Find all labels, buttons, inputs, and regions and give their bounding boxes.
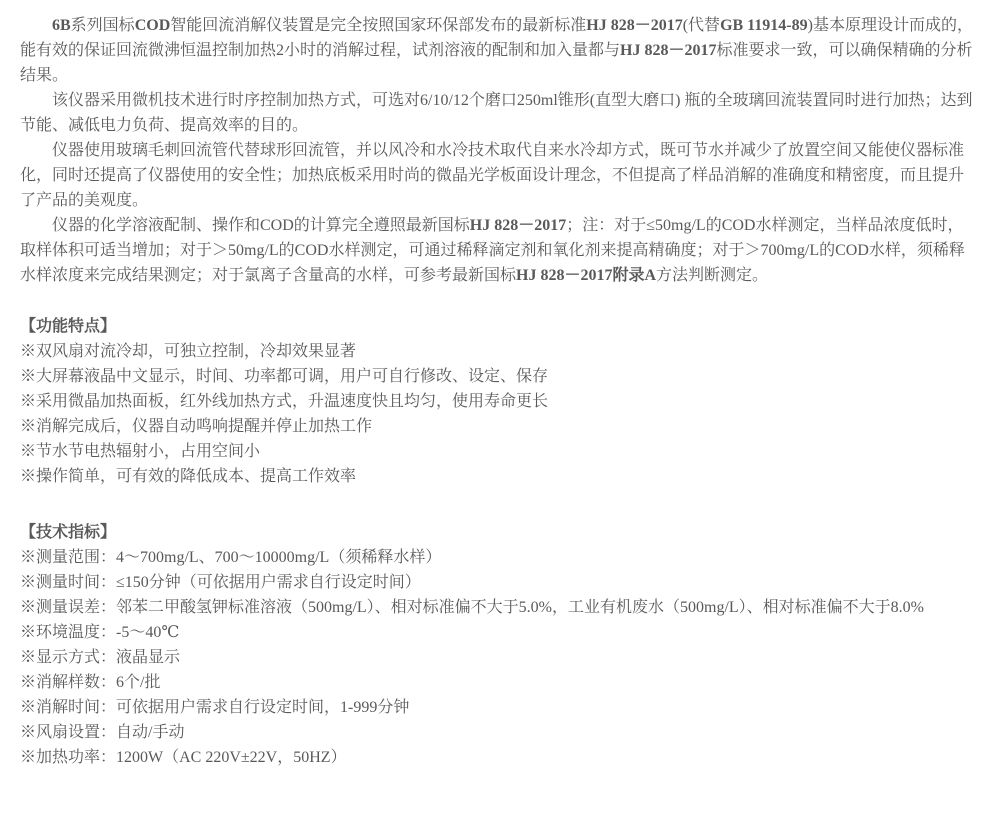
spec-item: ※测量范围：4～700mg/L、700～10000mg/L（须稀释水样） <box>20 545 976 570</box>
specs-list: ※测量范围：4～700mg/L、700～10000mg/L（须稀释水样）※测量时… <box>20 545 976 770</box>
bold-text-segment: HJ 828－2017 <box>586 17 682 34</box>
spec-item: ※加热功率：1200W（AC 220V±22V，50HZ） <box>20 745 976 770</box>
spec-item: ※显示方式：液晶显示 <box>20 645 976 670</box>
intro-paragraphs: 6B系列国标COD智能回流消解仪装置是完全按照国家环保部发布的最新标准HJ 82… <box>20 13 976 288</box>
feature-item: ※操作简单，可有效的降低成本、提高工作效率 <box>20 464 976 489</box>
feature-item: ※大屏幕液晶中文显示，时间、功率都可调，用户可自行修改、设定、保存 <box>20 364 976 389</box>
bold-text-segment: GB 11914-89 <box>720 17 808 34</box>
text-segment: 仪器使用玻璃毛刺回流管代替球形回流管，并以风冷和水冷技术取代自来水冷却方式，既可… <box>20 142 964 209</box>
specs-heading: 【技术指标】 <box>20 520 976 545</box>
text-segment: 系列国标 <box>71 17 135 34</box>
text-segment: 智能回流消解仪装置是完全按照国家环保部发布的最新标准 <box>170 17 586 34</box>
text-segment: 方法判断测定。 <box>656 267 768 284</box>
intro-paragraph: 仪器的化学溶液配制、操作和COD的计算完全遵照最新国标HJ 828－2017；注… <box>20 213 976 288</box>
bold-text-segment: HJ 828－2017 <box>516 267 612 284</box>
intro-paragraph: 该仪器采用微机技术进行时序控制加热方式，可选对6/10/12个磨口250ml锥形… <box>20 88 976 138</box>
feature-item: ※双风扇对流冷却，可独立控制，冷却效果显著 <box>20 339 976 364</box>
bold-text-segment: COD <box>135 17 171 34</box>
spec-item: ※测量误差：邻苯二甲酸氢钾标准溶液（500mg/L）、相对标准偏不大于5.0%，… <box>20 595 976 620</box>
feature-item: ※节水节电热辐射小，占用空间小 <box>20 439 976 464</box>
features-list: ※双风扇对流冷却，可独立控制，冷却效果显著※大屏幕液晶中文显示，时间、功率都可调… <box>20 339 976 489</box>
feature-item: ※采用微晶加热面板，红外线加热方式，升温速度快且均匀，使用寿命更长 <box>20 389 976 414</box>
bold-text-segment: 6B <box>52 17 71 34</box>
spec-item: ※环境温度：-5～40℃ <box>20 620 976 645</box>
intro-paragraph: 6B系列国标COD智能回流消解仪装置是完全按照国家环保部发布的最新标准HJ 82… <box>20 13 976 88</box>
spec-item: ※测量时间：≤150分钟（可依据用户需求自行设定时间） <box>20 570 976 595</box>
text-segment: (代替 <box>683 17 720 34</box>
product-description-page: 6B系列国标COD智能回流消解仪装置是完全按照国家环保部发布的最新标准HJ 82… <box>0 0 998 820</box>
spec-item: ※消解样数：6个/批 <box>20 670 976 695</box>
text-segment: 仪器的化学溶液配制、操作和COD的计算完全遵照最新国标 <box>52 217 470 234</box>
features-heading: 【功能特点】 <box>20 314 976 339</box>
bold-text-segment: 附录A <box>612 267 656 284</box>
bold-text-segment: HJ 828－2017 <box>620 42 716 59</box>
bold-text-segment: HJ 828－2017 <box>470 217 566 234</box>
feature-item: ※消解完成后，仪器自动鸣响提醒并停止加热工作 <box>20 414 976 439</box>
spec-item: ※风扇设置：自动/手动 <box>20 720 976 745</box>
intro-paragraph: 仪器使用玻璃毛刺回流管代替球形回流管，并以风冷和水冷技术取代自来水冷却方式，既可… <box>20 138 976 213</box>
text-segment: 该仪器采用微机技术进行时序控制加热方式，可选对6/10/12个磨口250ml锥形… <box>20 92 972 134</box>
spec-item: ※消解时间：可依据用户需求自行设定时间，1-999分钟 <box>20 695 976 720</box>
